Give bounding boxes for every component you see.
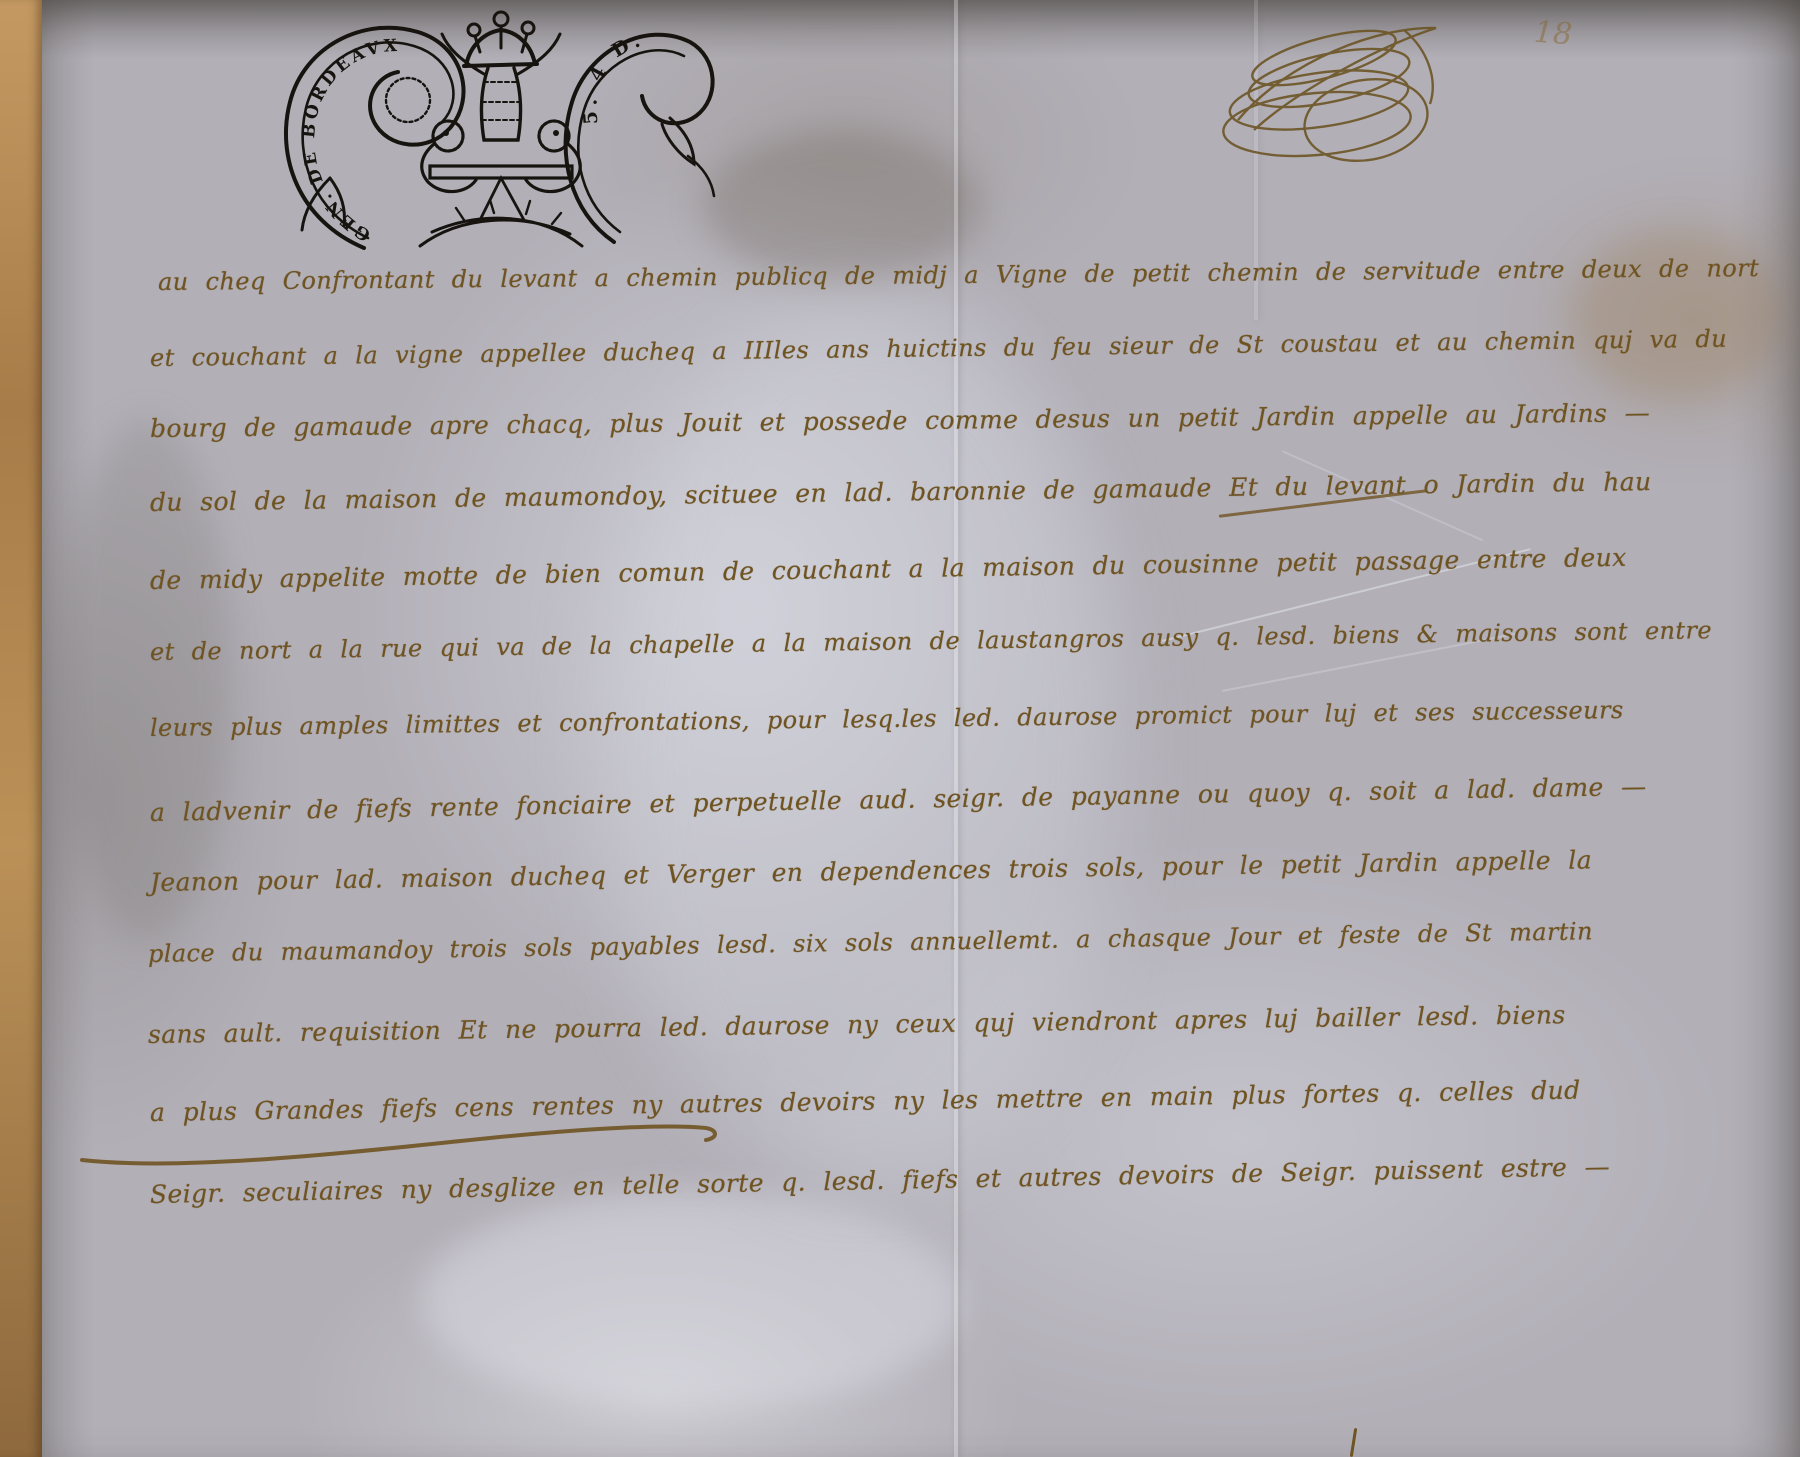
stamp-right-band-text: 5. 4 D. xyxy=(579,28,647,125)
ink-paraph xyxy=(1196,18,1486,173)
underline-flourish xyxy=(70,1096,730,1176)
folio-number: 18 xyxy=(1533,15,1574,53)
stain-bottom-light xyxy=(422,1190,962,1410)
stain-top-center xyxy=(702,130,982,280)
bordeaux-tax-stamp: GEN. DE BORDEAVX 5. 4 D. xyxy=(268,6,720,256)
wood-table-edge xyxy=(0,0,42,1457)
svg-text:5. 4 D.: 5. 4 D. xyxy=(579,28,647,125)
manuscript-photo: 18 xyxy=(0,0,1800,1457)
